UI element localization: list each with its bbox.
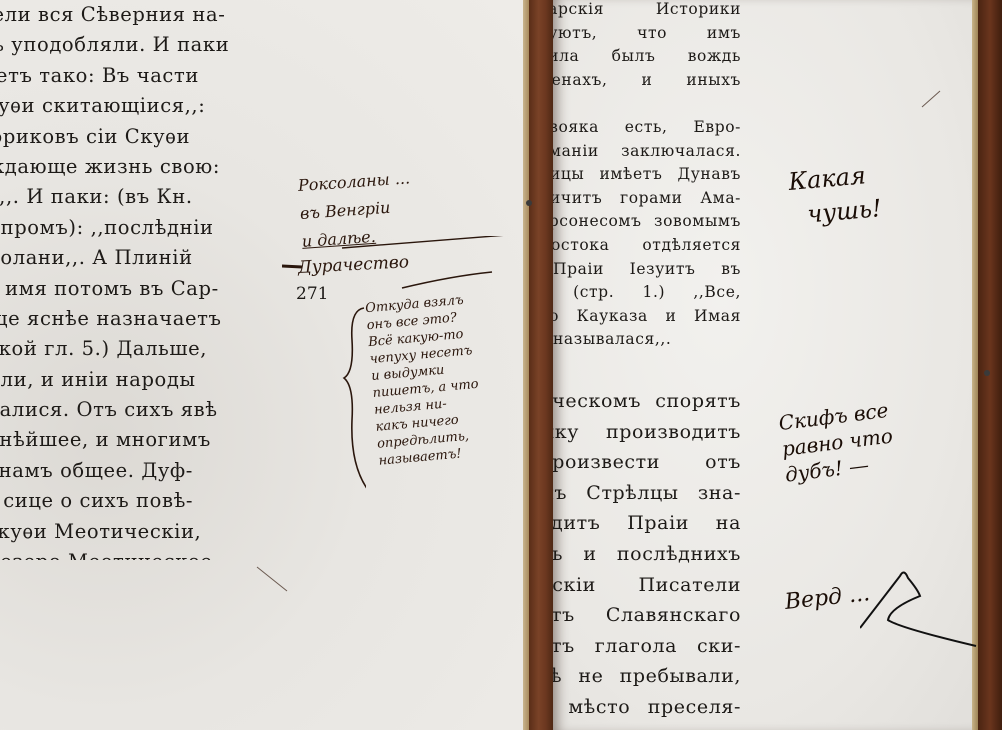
left-printed-text: сашели вся Сѣверния на- немъ уподобляли.… bbox=[0, 0, 288, 560]
text-line: : (стр. 1.) ,,Все, bbox=[553, 281, 741, 305]
text-line-blank bbox=[553, 92, 741, 116]
text-line: мъ Стрѣлцы зна- bbox=[553, 478, 741, 509]
text-line: вуютъ, что имъ bbox=[553, 22, 741, 46]
marginal-note-skif-dub: Скифъ все равно что дубъ! — bbox=[777, 397, 897, 488]
text-line: Востока отдѣляется bbox=[553, 234, 741, 258]
text-line: тила былъ вождь bbox=[553, 45, 741, 69]
text-line: ѳовъ имя потомъ въ Сар- bbox=[0, 274, 288, 304]
text-line: ій еще яснѣе назначаетъ bbox=[0, 304, 288, 334]
text-line: древнѣйшее, и многимъ bbox=[0, 425, 288, 455]
marginal-note-long: Откуда взялъ онъ все это? Всё какую-то ч… bbox=[365, 291, 486, 470]
underline-strokes bbox=[282, 236, 522, 296]
signature-flourish bbox=[860, 568, 980, 648]
text-line: ерсонесомъ зовомымъ bbox=[553, 210, 741, 234]
text-line: Праіи Іезуитъ въ bbox=[553, 258, 741, 282]
text-line: называлася,,. bbox=[553, 328, 741, 352]
right-printed-text-upper: тарскія Историки вуютъ, что имъ тила был… bbox=[553, 0, 741, 352]
text-line: ыку производитъ bbox=[553, 417, 741, 448]
text-line: Историковъ сіи Скуѳи bbox=[0, 122, 288, 152]
text-line: уѳеп,,. И паки: (въ Кн. bbox=[0, 182, 288, 212]
left-page-text-block: сашели вся Сѣверния на- немъ уподобляли.… bbox=[0, 0, 290, 560]
text-line: хъ и послѣднихъ bbox=[553, 539, 741, 570]
text-line: сашели вся Сѣверния на- bbox=[0, 0, 288, 30]
text-line: ъ Скуѳи скитающіися,,: bbox=[0, 91, 288, 121]
text-line: еновалися. Отъ сихъ явѣ bbox=[0, 395, 288, 425]
text-line: . 22. сице о сихъ повѣ- bbox=[0, 486, 288, 516]
text-line: овождающе жизнь свою: bbox=[0, 152, 288, 182]
text-line: немъ уподобляли. И паки bbox=[0, 30, 288, 60]
text-line: нскіи Писатели bbox=[553, 570, 741, 601]
text-line: произвести отъ bbox=[553, 447, 741, 478]
text-line: пишетъ тако: Въ части bbox=[0, 61, 288, 91]
book-spine-frame bbox=[529, 0, 553, 730]
text-line: и Уннамъ общее. Дуф- bbox=[0, 456, 288, 486]
text-line: отъ Славянскаго bbox=[553, 600, 741, 631]
text-line: ничитъ горами Ама- bbox=[553, 187, 741, 211]
right-page-text-block: тарскія Историки вуютъ, что имъ тила был… bbox=[553, 0, 753, 730]
right-printed-text-lower: ическомъ спорятъ ыку производитъ произве… bbox=[553, 386, 741, 723]
frame-nail-icon bbox=[526, 200, 532, 206]
text-line: ическомъ спорятъ bbox=[553, 386, 741, 417]
text-line: а мѣсто преселя- bbox=[553, 692, 741, 723]
text-line: ницы имѣетъ Дунавъ bbox=[553, 163, 741, 187]
text-line: цу Скуѳи Меотическіи, bbox=[0, 517, 288, 547]
text-line: двояка есть, Евро- bbox=[553, 116, 741, 140]
text-line: оманіи заключалася. bbox=[553, 140, 741, 164]
frame-nail-icon bbox=[984, 370, 990, 376]
text-line: тарскія Историки bbox=[553, 0, 741, 22]
marginal-note-kakaya-chush: Какая чушь! bbox=[787, 157, 883, 233]
text-line: одитъ Праіи на bbox=[553, 508, 741, 539]
text-line: тѣ не пребывали, bbox=[553, 661, 741, 692]
text-line: до Кауказа и Имая bbox=[553, 305, 741, 329]
paper-scratch bbox=[920, 85, 950, 110]
right-frame bbox=[978, 0, 1002, 730]
text-line: Роксолани,,. А Плиній bbox=[0, 243, 288, 273]
text-line: Гоѳской гл. 5.) Дальше, bbox=[0, 334, 288, 364]
text-line: отъ глагола ски- bbox=[553, 631, 741, 662]
text-line: менахъ, и иныхъ bbox=[553, 69, 741, 93]
curly-brace-icon bbox=[342, 300, 366, 500]
paper-scratch bbox=[255, 565, 295, 595]
text-line: (Днѣпромъ): ,,послѣдніи bbox=[0, 213, 288, 243]
text-line: андали, и иніи народы bbox=[0, 365, 288, 395]
text-line: дше езеро Меотическое bbox=[0, 547, 288, 560]
